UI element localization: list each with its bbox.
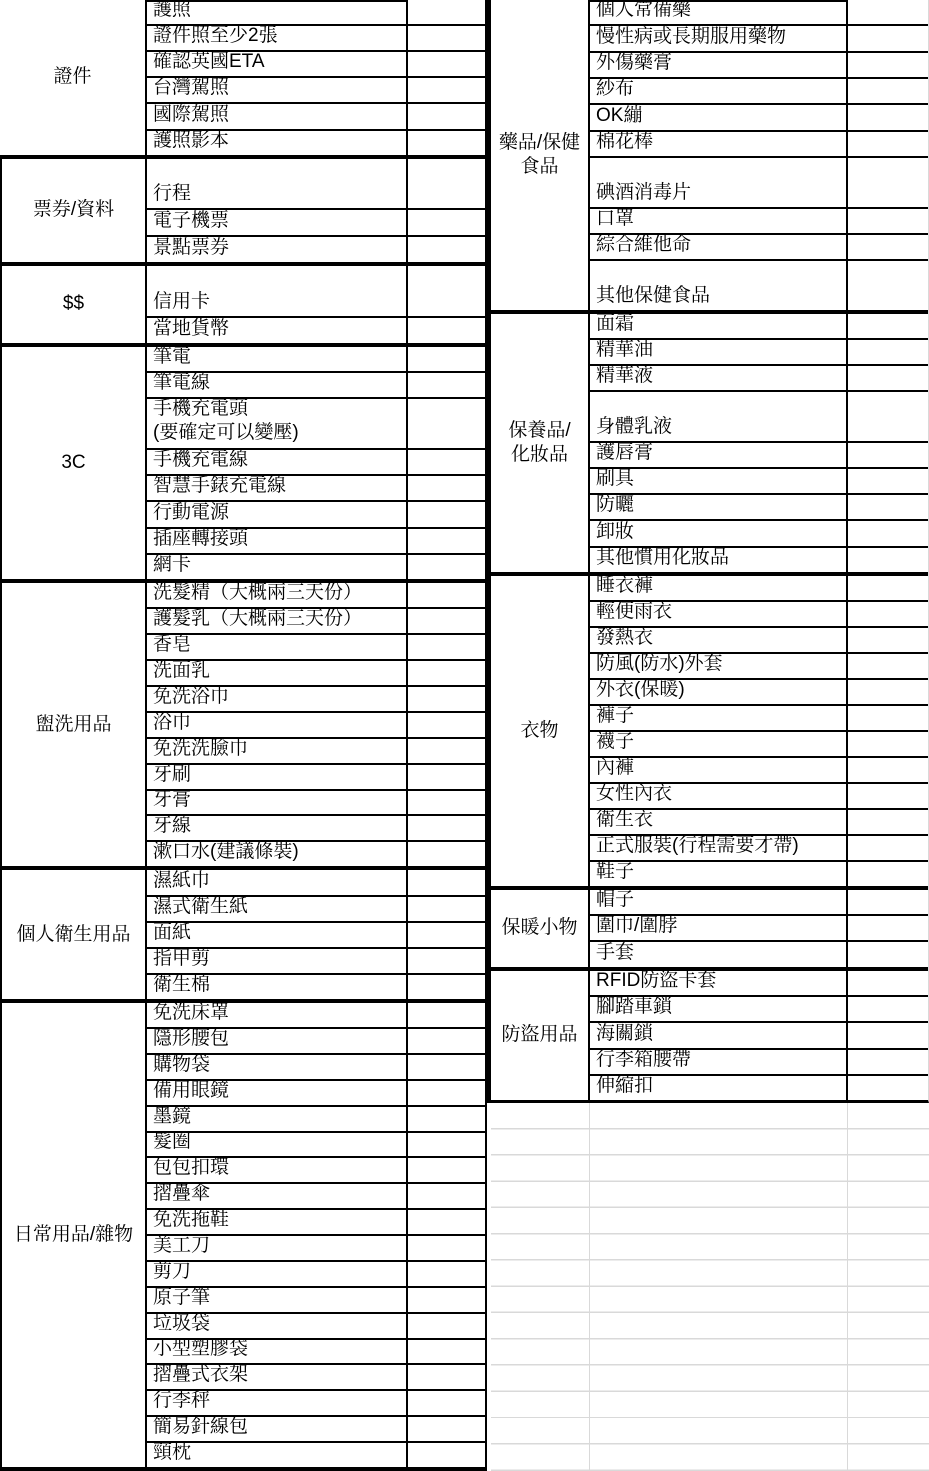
item-label-cell: 網卡 — [147, 555, 408, 579]
item-row: 免洗洗臉巾 — [147, 737, 485, 763]
item-row: 小型塑膠袋 — [147, 1338, 485, 1364]
item-label-cell: 香皂 — [147, 635, 408, 659]
item-label-cell: 精華液 — [590, 366, 848, 390]
check-cell[interactable] — [408, 476, 485, 500]
check-cell[interactable] — [408, 635, 485, 659]
category-cell: 3C — [0, 347, 147, 579]
items-column: 個人常備藥慢性病或長期服用藥物外傷藥膏紗布OK繃棉花棒碘酒消毒片口罩綜合維他命其… — [590, 0, 928, 310]
check-cell[interactable] — [408, 347, 485, 371]
item-label-cell: 確認英國ETA — [147, 52, 408, 76]
check-cell[interactable] — [848, 916, 928, 940]
category-section: 票券/資料行程電子機票景點票券 — [0, 155, 485, 262]
check-cell[interactable] — [848, 495, 928, 519]
item-label-cell: 面霜 — [590, 314, 848, 338]
check-cell[interactable] — [848, 392, 928, 440]
item-label-cell: 輕便雨衣 — [590, 602, 848, 626]
item-row: 其他保健食品 — [590, 259, 928, 310]
category-section: $$信用卡當地貨幣 — [0, 262, 485, 343]
item-row: 行李箱腰帶 — [590, 1048, 928, 1074]
category-section: 防盜用品RFID防盜卡套腳踏車鎖海關鎖行李箱腰帶伸縮扣 — [491, 967, 928, 1100]
check-cell[interactable] — [408, 1417, 485, 1441]
item-row: 插座轉接頭 — [147, 527, 485, 553]
item-row: 簡易針線包 — [147, 1415, 485, 1441]
check-cell[interactable] — [848, 79, 928, 103]
item-label-cell: 其他慣用化妝品 — [590, 548, 848, 572]
item-row: 免洗浴巾 — [147, 685, 485, 711]
category-section: 證件護照證件照至少2張確認英國ETA台灣駕照國際駕照護照影本 — [0, 0, 485, 155]
category-cell: 藥品/保健 食品 — [491, 0, 590, 310]
item-label-cell: 牙膏 — [147, 791, 408, 815]
item-label-cell: 美工刀 — [147, 1236, 408, 1260]
check-cell[interactable] — [408, 1029, 485, 1053]
check-cell[interactable] — [848, 862, 928, 886]
item-label-cell: 鞋子 — [590, 862, 848, 886]
item-label-cell: 信用卡 — [147, 266, 408, 316]
category-section: 3C筆電筆電線手機充電頭 (要確定可以變壓)手機充電線智慧手錶充電線行動電源插座… — [0, 343, 485, 579]
check-cell[interactable] — [848, 706, 928, 730]
item-label-cell: 插座轉接頭 — [147, 529, 408, 553]
item-row: 網卡 — [147, 553, 485, 579]
item-row: 髮圈 — [147, 1131, 485, 1157]
check-cell[interactable] — [408, 52, 485, 76]
item-label-cell: 行動電源 — [147, 502, 408, 526]
item-row: 確認英國ETA — [147, 50, 485, 76]
check-cell[interactable] — [848, 340, 928, 364]
item-row: 筆電線 — [147, 371, 485, 397]
check-cell[interactable] — [408, 373, 485, 397]
item-row: 免洗床罩 — [147, 1003, 485, 1027]
item-label-cell: 睡衣褲 — [590, 576, 848, 600]
item-row: 發熱衣 — [590, 626, 928, 652]
item-label-cell: 當地貨幣 — [147, 318, 408, 343]
item-row: 隱形腰包 — [147, 1027, 485, 1053]
item-label-cell: 發熱衣 — [590, 628, 848, 652]
gridline-vertical — [589, 1103, 591, 1471]
item-label-cell: 剪刀 — [147, 1262, 408, 1286]
check-cell[interactable] — [408, 1158, 485, 1182]
item-label-cell: 刷具 — [590, 469, 848, 493]
category-cell: 保養品/ 化妝品 — [491, 314, 590, 572]
item-row: 口罩 — [590, 207, 928, 233]
item-label-cell: 國際駕照 — [147, 104, 408, 128]
packing-table-right: 藥品/保健 食品個人常備藥慢性病或長期服用藥物外傷藥膏紗布OK繃棉花棒碘酒消毒片… — [487, 0, 929, 1103]
check-cell[interactable] — [848, 836, 928, 860]
item-row: 卸妝 — [590, 519, 928, 545]
item-row: 海關鎖 — [590, 1021, 928, 1047]
check-cell[interactable] — [408, 1133, 485, 1157]
item-label-cell: 女性內衣 — [590, 784, 848, 808]
item-label-cell: 護照 — [147, 0, 408, 24]
item-row: 墨鏡 — [147, 1105, 485, 1131]
item-label-cell: 洗面乳 — [147, 661, 408, 685]
item-label-cell: 摺疊傘 — [147, 1184, 408, 1208]
items-column: RFID防盜卡套腳踏車鎖海關鎖行李箱腰帶伸縮扣 — [590, 971, 928, 1100]
check-cell[interactable] — [408, 1391, 485, 1415]
check-cell[interactable] — [408, 1107, 485, 1131]
item-label-cell: 免洗浴巾 — [147, 687, 408, 711]
item-row: 漱口水(建議條裝) — [147, 840, 485, 866]
check-cell[interactable] — [848, 443, 928, 467]
item-label-cell: 髮圈 — [147, 1133, 408, 1157]
check-cell[interactable] — [408, 1262, 485, 1286]
check-cell[interactable] — [848, 521, 928, 545]
item-row: 美工刀 — [147, 1234, 485, 1260]
check-cell[interactable] — [408, 502, 485, 526]
item-label-cell: 帽子 — [590, 890, 848, 914]
check-cell[interactable] — [408, 1003, 485, 1027]
check-cell[interactable] — [848, 1050, 928, 1074]
check-cell[interactable] — [848, 469, 928, 493]
gridline-vertical — [847, 1103, 849, 1471]
item-row: 當地貨幣 — [147, 316, 485, 343]
check-cell[interactable] — [408, 1055, 485, 1079]
items-column: 面霜精華油精華液身體乳液護唇膏刷具防曬卸妝其他慣用化妝品 — [590, 314, 928, 572]
item-row: 棉花棒 — [590, 130, 928, 156]
check-cell[interactable] — [848, 732, 928, 756]
item-label-cell: 筆電線 — [147, 373, 408, 397]
category-cell: 防盜用品 — [491, 971, 590, 1100]
item-label-cell: 頸枕 — [147, 1443, 408, 1467]
check-cell[interactable] — [848, 548, 928, 572]
item-label-cell: 防曬 — [590, 495, 848, 519]
item-row: 行程 — [147, 159, 485, 209]
item-row: 手套 — [590, 940, 928, 966]
check-cell[interactable] — [408, 1184, 485, 1208]
item-row: 台灣駕照 — [147, 76, 485, 102]
category-section: 保暖小物帽子圍巾/圍脖手套 — [491, 886, 928, 967]
packing-checklist-sheet: 證件護照證件照至少2張確認英國ETA台灣駕照國際駕照護照影本票券/資料行程電子機… — [0, 0, 929, 1471]
category-section: 日常用品/雜物免洗床罩隱形腰包購物袋備用眼鏡墨鏡髮圈包包扣環摺疊傘免洗拖鞋美工刀… — [0, 999, 485, 1467]
items-column: 睡衣褲輕便雨衣發熱衣防風(防水)外套外衣(保暖)褲子襪子內褲女性內衣衛生衣正式服… — [590, 576, 928, 886]
item-row: 行動電源 — [147, 500, 485, 526]
check-cell[interactable] — [408, 26, 485, 50]
check-cell[interactable] — [408, 1365, 485, 1389]
item-label-cell: 垃圾袋 — [147, 1314, 408, 1338]
check-cell[interactable] — [408, 713, 485, 737]
item-row: 景點票券 — [147, 235, 485, 262]
check-cell[interactable] — [408, 583, 485, 607]
packing-table-left: 證件護照證件照至少2張確認英國ETA台灣駕照國際駕照護照影本票券/資料行程電子機… — [0, 0, 487, 1471]
item-label-cell: 摺疊式衣架 — [147, 1365, 408, 1389]
category-cell: 個人衛生用品 — [0, 870, 147, 999]
item-label-cell: 免洗洗臉巾 — [147, 739, 408, 763]
check-cell[interactable] — [408, 1340, 485, 1364]
item-row: 綜合維他命 — [590, 233, 928, 259]
item-label-cell: 內褲 — [590, 758, 848, 782]
item-label-cell: 慢性病或長期服用藥物 — [590, 26, 848, 50]
items-column: 洗髮精（大概兩三天份）護髮乳（大概兩三天份）香皂洗面乳免洗浴巾浴巾免洗洗臉巾牙刷… — [147, 583, 485, 866]
check-cell[interactable] — [408, 897, 485, 921]
item-row: 慢性病或長期服用藥物 — [590, 24, 928, 50]
check-cell[interactable] — [408, 739, 485, 763]
check-cell[interactable] — [408, 1443, 485, 1467]
item-row: 帽子 — [590, 890, 928, 914]
item-label-cell: 護唇膏 — [590, 443, 848, 467]
category-section: 盥洗用品洗髮精（大概兩三天份）護髮乳（大概兩三天份）香皂洗面乳免洗浴巾浴巾免洗洗… — [0, 579, 485, 866]
item-row: 面紙 — [147, 921, 485, 947]
check-cell[interactable] — [408, 687, 485, 711]
check-cell[interactable] — [848, 105, 928, 129]
check-cell[interactable] — [408, 1288, 485, 1312]
check-cell[interactable] — [408, 555, 485, 579]
item-label-cell: 牙刷 — [147, 765, 408, 789]
item-label-cell: 褲子 — [590, 706, 848, 730]
item-label-cell: 個人常備藥 — [590, 0, 848, 24]
item-label-cell: 免洗拖鞋 — [147, 1210, 408, 1234]
item-row: 內褲 — [590, 756, 928, 782]
item-label-cell: 護髮乳（大概兩三天份） — [147, 609, 408, 633]
item-row: RFID防盜卡套 — [590, 971, 928, 995]
check-cell[interactable] — [408, 266, 485, 316]
category-section: 個人衛生用品濕紙巾濕式衛生紙面紙指甲剪衛生棉 — [0, 866, 485, 999]
empty-spreadsheet-gridlines — [491, 1103, 929, 1471]
check-cell[interactable] — [848, 628, 928, 652]
item-label-cell: 行李秤 — [147, 1391, 408, 1415]
check-cell[interactable] — [848, 680, 928, 704]
check-cell[interactable] — [408, 842, 485, 866]
item-row: 筆電 — [147, 347, 485, 371]
item-row: 正式服裝(行程需要才帶) — [590, 834, 928, 860]
item-row: 濕紙巾 — [147, 870, 485, 894]
item-row: 防風(防水)外套 — [590, 652, 928, 678]
item-row: 腳踏車鎖 — [590, 995, 928, 1021]
item-row: 女性內衣 — [590, 782, 928, 808]
item-row: 衛生衣 — [590, 808, 928, 834]
item-row: 褲子 — [590, 704, 928, 730]
check-cell[interactable] — [848, 602, 928, 626]
check-cell[interactable] — [408, 0, 485, 24]
item-label-cell: 電子機票 — [147, 210, 408, 235]
category-cell: 盥洗用品 — [0, 583, 147, 866]
item-label-cell: 洗髮精（大概兩三天份） — [147, 583, 408, 607]
item-row: 身體乳液 — [590, 390, 928, 440]
item-label-cell: 指甲剪 — [147, 949, 408, 973]
category-cell: $$ — [0, 266, 147, 343]
item-label-cell: 簡易針線包 — [147, 1417, 408, 1441]
item-label-cell: 海關鎖 — [590, 1023, 848, 1047]
check-cell[interactable] — [848, 654, 928, 678]
item-row: 個人常備藥 — [590, 0, 928, 24]
item-row: 原子筆 — [147, 1286, 485, 1312]
item-row: 行李秤 — [147, 1389, 485, 1415]
item-label-cell: 台灣駕照 — [147, 78, 408, 102]
item-row: 摺疊傘 — [147, 1182, 485, 1208]
item-row: 頸枕 — [147, 1441, 485, 1467]
check-cell[interactable] — [408, 949, 485, 973]
item-row: 外衣(保暖) — [590, 678, 928, 704]
check-cell[interactable] — [848, 810, 928, 834]
item-row: 護照 — [147, 0, 485, 24]
check-cell[interactable] — [408, 870, 485, 894]
item-label-cell: 購物袋 — [147, 1055, 408, 1079]
item-row: 濕式衛生紙 — [147, 895, 485, 921]
item-label-cell: 景點票券 — [147, 237, 408, 262]
check-cell[interactable] — [848, 1023, 928, 1047]
check-cell[interactable] — [408, 159, 485, 209]
items-column: 濕紙巾濕式衛生紙面紙指甲剪衛生棉 — [147, 870, 485, 999]
item-row: 外傷藥膏 — [590, 51, 928, 77]
category-cell: 日常用品/雜物 — [0, 1003, 147, 1467]
item-label-cell: 正式服裝(行程需要才帶) — [590, 836, 848, 860]
item-row: 手機充電線 — [147, 448, 485, 474]
item-row: 精華油 — [590, 338, 928, 364]
check-cell[interactable] — [408, 78, 485, 102]
category-section: 藥品/保健 食品個人常備藥慢性病或長期服用藥物外傷藥膏紗布OK繃棉花棒碘酒消毒片… — [491, 0, 928, 310]
check-cell[interactable] — [848, 158, 928, 207]
item-label-cell: 衛生棉 — [147, 975, 408, 999]
check-cell[interactable] — [848, 576, 928, 600]
item-label-cell: 牙線 — [147, 816, 408, 840]
item-label-cell: 防風(防水)外套 — [590, 654, 848, 678]
item-row: 伸縮扣 — [590, 1074, 928, 1100]
check-cell[interactable] — [408, 1314, 485, 1338]
item-row: 襪子 — [590, 730, 928, 756]
item-row: 備用眼鏡 — [147, 1079, 485, 1105]
item-row: 防曬 — [590, 493, 928, 519]
check-cell[interactable] — [848, 971, 928, 995]
item-row: 證件照至少2張 — [147, 24, 485, 50]
item-row: 手機充電頭 (要確定可以變壓) — [147, 397, 485, 447]
check-cell[interactable] — [848, 758, 928, 782]
check-cell[interactable] — [408, 975, 485, 999]
check-cell[interactable] — [848, 997, 928, 1021]
check-cell[interactable] — [408, 1210, 485, 1234]
item-row: 香皂 — [147, 633, 485, 659]
item-label-cell: 護照影本 — [147, 131, 408, 155]
item-label-cell: 漱口水(建議條裝) — [147, 842, 408, 866]
check-cell[interactable] — [848, 53, 928, 77]
check-cell[interactable] — [408, 661, 485, 685]
check-cell[interactable] — [848, 261, 928, 310]
item-label-cell: 免洗床罩 — [147, 1003, 408, 1027]
item-row: 鞋子 — [590, 860, 928, 886]
item-label-cell: 外衣(保暖) — [590, 680, 848, 704]
check-cell[interactable] — [848, 235, 928, 259]
check-cell[interactable] — [848, 209, 928, 233]
item-label-cell: 行李箱腰帶 — [590, 1050, 848, 1074]
check-cell[interactable] — [408, 816, 485, 840]
check-cell[interactable] — [408, 923, 485, 947]
category-cell: 證件 — [0, 0, 147, 155]
item-row: 牙線 — [147, 814, 485, 840]
check-cell[interactable] — [848, 0, 928, 24]
check-cell[interactable] — [848, 314, 928, 338]
item-label-cell: 精華油 — [590, 340, 848, 364]
check-cell[interactable] — [408, 1236, 485, 1260]
item-row: 護髮乳（大概兩三天份） — [147, 607, 485, 633]
category-section: 保養品/ 化妝品面霜精華油精華液身體乳液護唇膏刷具防曬卸妝其他慣用化妝品 — [491, 310, 928, 572]
item-label-cell: 紗布 — [590, 79, 848, 103]
category-section: 衣物睡衣褲輕便雨衣發熱衣防風(防水)外套外衣(保暖)褲子襪子內褲女性內衣衛生衣正… — [491, 572, 928, 886]
item-row: 智慧手錶充電線 — [147, 474, 485, 500]
check-cell[interactable] — [408, 765, 485, 789]
item-label-cell: 隱形腰包 — [147, 1029, 408, 1053]
items-column: 行程電子機票景點票券 — [147, 159, 485, 262]
item-label-cell: 衛生衣 — [590, 810, 848, 834]
item-label-cell: 浴巾 — [147, 713, 408, 737]
check-cell[interactable] — [848, 366, 928, 390]
check-cell[interactable] — [408, 609, 485, 633]
item-label-cell: 證件照至少2張 — [147, 26, 408, 50]
item-row: 包包扣環 — [147, 1156, 485, 1182]
check-cell[interactable] — [408, 1081, 485, 1105]
item-label-cell: 智慧手錶充電線 — [147, 476, 408, 500]
item-row: 圍巾/圍脖 — [590, 914, 928, 940]
item-label-cell: 腳踏車鎖 — [590, 997, 848, 1021]
item-row: 護照影本 — [147, 129, 485, 155]
item-row: 護唇膏 — [590, 441, 928, 467]
check-cell[interactable] — [408, 318, 485, 343]
item-row: 垃圾袋 — [147, 1312, 485, 1338]
check-cell[interactable] — [848, 784, 928, 808]
item-row: 免洗拖鞋 — [147, 1208, 485, 1234]
item-label-cell: 身體乳液 — [590, 392, 848, 440]
item-row: 洗髮精（大概兩三天份） — [147, 583, 485, 607]
category-cell: 衣物 — [491, 576, 590, 886]
item-row: 睡衣褲 — [590, 576, 928, 600]
item-label-cell: RFID防盜卡套 — [590, 971, 848, 995]
item-label-cell: 濕紙巾 — [147, 870, 408, 894]
item-row: 面霜 — [590, 314, 928, 338]
check-cell[interactable] — [408, 131, 485, 155]
item-label-cell: 包包扣環 — [147, 1158, 408, 1182]
item-row: 剪刀 — [147, 1260, 485, 1286]
item-label-cell: 墨鏡 — [147, 1107, 408, 1131]
item-row: 信用卡 — [147, 266, 485, 316]
check-cell[interactable] — [408, 529, 485, 553]
item-label-cell: 伸縮扣 — [590, 1076, 848, 1100]
item-label-cell: 其他保健食品 — [590, 261, 848, 310]
item-label-cell: 手套 — [590, 942, 848, 966]
item-row: 牙刷 — [147, 763, 485, 789]
check-cell[interactable] — [848, 132, 928, 156]
check-cell[interactable] — [848, 1076, 928, 1100]
check-cell[interactable] — [408, 791, 485, 815]
item-label-cell: 面紙 — [147, 923, 408, 947]
item-row: 國際駕照 — [147, 102, 485, 128]
item-row: 精華液 — [590, 364, 928, 390]
check-cell[interactable] — [848, 942, 928, 966]
item-row: 電子機票 — [147, 208, 485, 235]
item-label-cell: 筆電 — [147, 347, 408, 371]
check-cell[interactable] — [408, 237, 485, 262]
item-label-cell: 原子筆 — [147, 1288, 408, 1312]
check-cell[interactable] — [408, 104, 485, 128]
check-cell[interactable] — [848, 26, 928, 50]
item-label-cell: 碘酒消毒片 — [590, 158, 848, 207]
item-row: 牙膏 — [147, 789, 485, 815]
check-cell[interactable] — [408, 210, 485, 235]
item-row: 其他慣用化妝品 — [590, 546, 928, 572]
item-label-cell: 小型塑膠袋 — [147, 1340, 408, 1364]
item-label-cell: 圍巾/圍脖 — [590, 916, 848, 940]
item-label-cell: 棉花棒 — [590, 132, 848, 156]
check-cell[interactable] — [848, 890, 928, 914]
item-label-cell: OK繃 — [590, 105, 848, 129]
item-label-cell: 口罩 — [590, 209, 848, 233]
item-row: 洗面乳 — [147, 659, 485, 685]
item-row: 紗布 — [590, 77, 928, 103]
item-row: 碘酒消毒片 — [590, 156, 928, 207]
items-column: 護照證件照至少2張確認英國ETA台灣駕照國際駕照護照影本 — [147, 0, 485, 155]
item-label-cell: 備用眼鏡 — [147, 1081, 408, 1105]
items-column: 免洗床罩隱形腰包購物袋備用眼鏡墨鏡髮圈包包扣環摺疊傘免洗拖鞋美工刀剪刀原子筆垃圾… — [147, 1003, 485, 1467]
item-label-cell: 卸妝 — [590, 521, 848, 545]
item-row: 浴巾 — [147, 711, 485, 737]
check-cell[interactable] — [408, 399, 485, 447]
check-cell[interactable] — [408, 450, 485, 474]
item-label-cell: 手機充電線 — [147, 450, 408, 474]
